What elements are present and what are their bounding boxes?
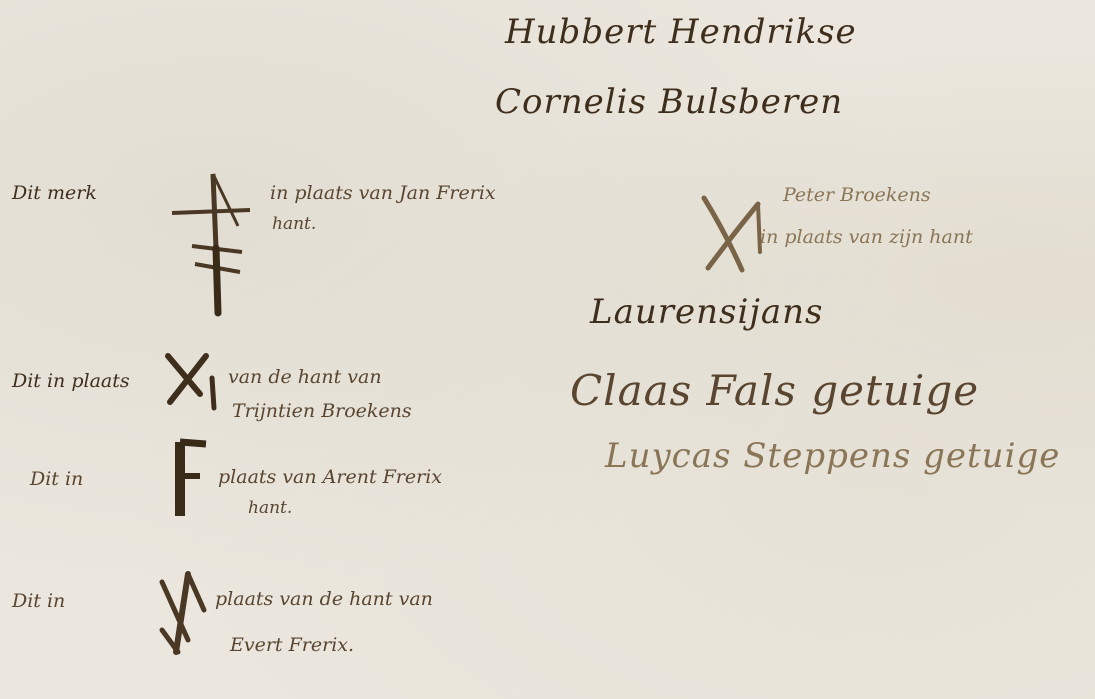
mark-2-line1: van de hant van	[228, 366, 382, 388]
mark-1-prefix: Dit merk	[12, 182, 97, 204]
mark-4-line1: plaats van de hant van	[215, 588, 433, 610]
mark-1-line2: hant.	[272, 214, 316, 234]
manuscript-page: Hubbert Hendrikse Cornelis Bulsberen Pet…	[0, 0, 1095, 699]
mark-3-line1: plaats van Arent Frerix	[218, 466, 442, 488]
witness-3: Luycas Steppens getuige	[605, 436, 1060, 476]
mark-2-line2: Trijntien Broekens	[232, 400, 412, 422]
signature-line-2: Cornelis Bulsberen	[495, 82, 843, 122]
mark-3-line2: hant.	[248, 498, 292, 518]
mark-4-prefix: Dit in	[12, 590, 65, 612]
peter-note: in plaats van zijn hant	[760, 226, 973, 248]
mark-1-line1: in plaats van Jan Frerix	[270, 182, 496, 204]
mark-2-prefix: Dit in plaats	[12, 370, 130, 392]
witness-1: Laurensijans	[590, 292, 824, 332]
witness-2: Claas Fals getuige	[570, 366, 979, 415]
x-mark-icon	[700, 192, 760, 274]
signature-line-1: Hubbert Hendrikse	[505, 12, 857, 52]
crossed-mark-icon	[158, 570, 208, 656]
mark-4-line2: Evert Frerix.	[230, 634, 354, 656]
x-mark-icon	[160, 352, 220, 412]
peter-name: Peter Broekens	[783, 184, 931, 206]
house-mark-icon	[170, 168, 250, 318]
mark-3-prefix: Dit in	[30, 468, 83, 490]
f-mark-icon	[172, 436, 212, 520]
